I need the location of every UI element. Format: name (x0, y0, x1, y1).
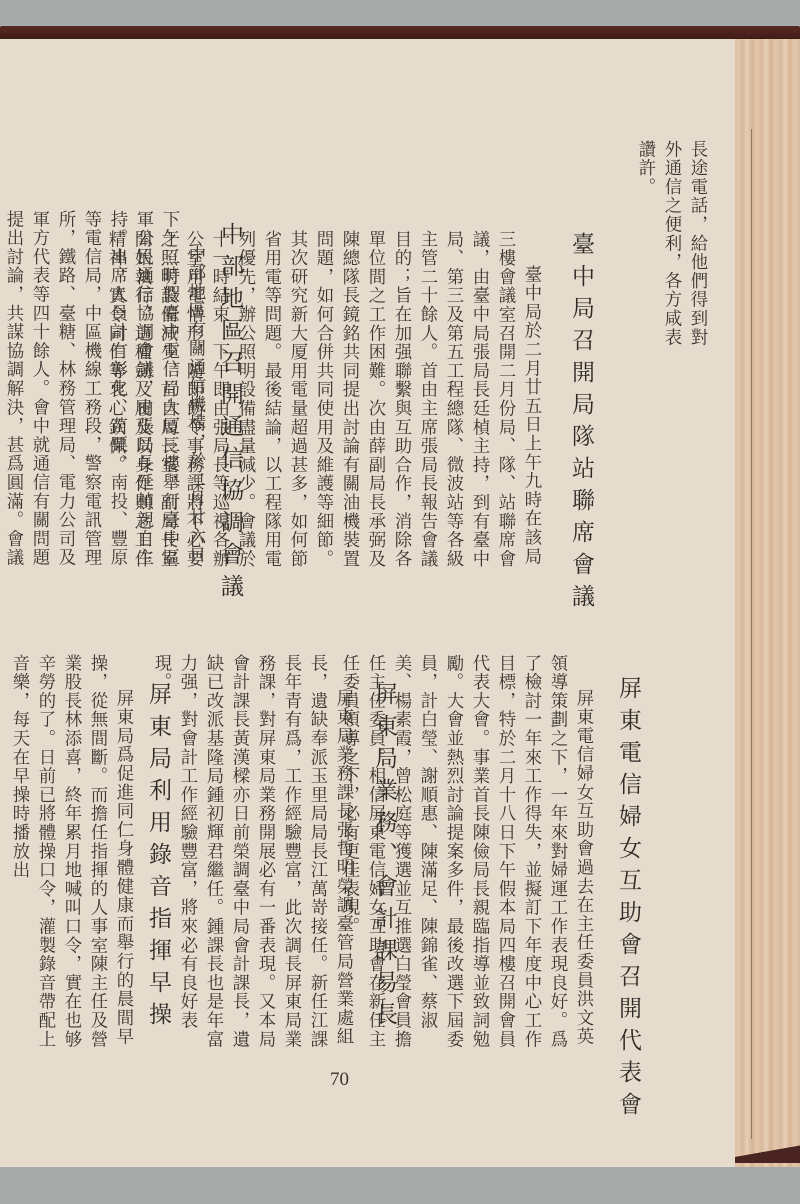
continuation-text: 長途電話，給他們得到對外通信之便利，各方咸表讚許。 (632, 140, 710, 360)
page-crease (751, 129, 752, 1139)
article-paragraph: 屏東局業務課長張哲明榮調臺管局營業處組長，遺缺奉派玉里局局長江萬嵜接任。新任江課… (148, 654, 356, 1054)
article-paragraph: 中部地區有關通信機構，於二月廿六日下午三時假臺中電信局大厦三樓舉行臺中區軍公民通… (0, 210, 208, 578)
article-body-pingtung-women-association: 屏東電信婦女互助會過去在主任委員洪文英領導策劃之下，一年來對婦運工作表現良好。爲… (410, 654, 596, 1054)
continuation-paragraph: 長途電話，給他們得到對外通信之便利，各方咸表讚許。 (632, 140, 710, 360)
article-heading-central-coordination: 中部地區召開通信協調會議 (214, 222, 247, 606)
article-paragraph: 屏東局爲促進同仁身體健康而舉行的晨間早操，從無間斷。而擔任指揮的人事室陳主任及營… (6, 654, 136, 1054)
article-body-pingtung-morning-exercise: 屏東局爲促進同仁身體健康而舉行的晨間早操，從無間斷。而擔任指揮的人事室陳主任及營… (40, 654, 136, 1054)
article-heading-pingtung-section-chiefs: 屏東局業務、會計課易長 (368, 682, 401, 1034)
article-body-central-coordination: 中部地區有關通信機構，於二月廿六日下午三時假臺中電信局大厦三樓舉行臺中區軍公民通… (38, 210, 208, 578)
article-heading-pingtung-morning-exercise: 屏東局利用錄音指揮早操 (142, 682, 175, 1034)
book-cover-top-edge (0, 26, 800, 40)
article-body-taichung-joint-meeting: 臺中局於二月廿五日上午九時在該局三樓會議室召開二月份局、隊、站聯席會議，由臺中局… (254, 230, 544, 582)
article-body-pingtung-section-chiefs: 屏東局業務課長張哲明榮調臺管局營業處組長，遺缺奉派玉里局局長江萬嵜接任。新任江課… (180, 654, 356, 1054)
article-heading-pingtung-women-association: 屏東電信婦女互助會召開代表會 (612, 676, 645, 1124)
article-heading-taichung-joint-meeting: 臺中局召開局隊站聯席會議 (565, 232, 598, 616)
page-number: 70 (330, 1069, 349, 1091)
book-cover-bottom-edge (735, 1145, 800, 1163)
